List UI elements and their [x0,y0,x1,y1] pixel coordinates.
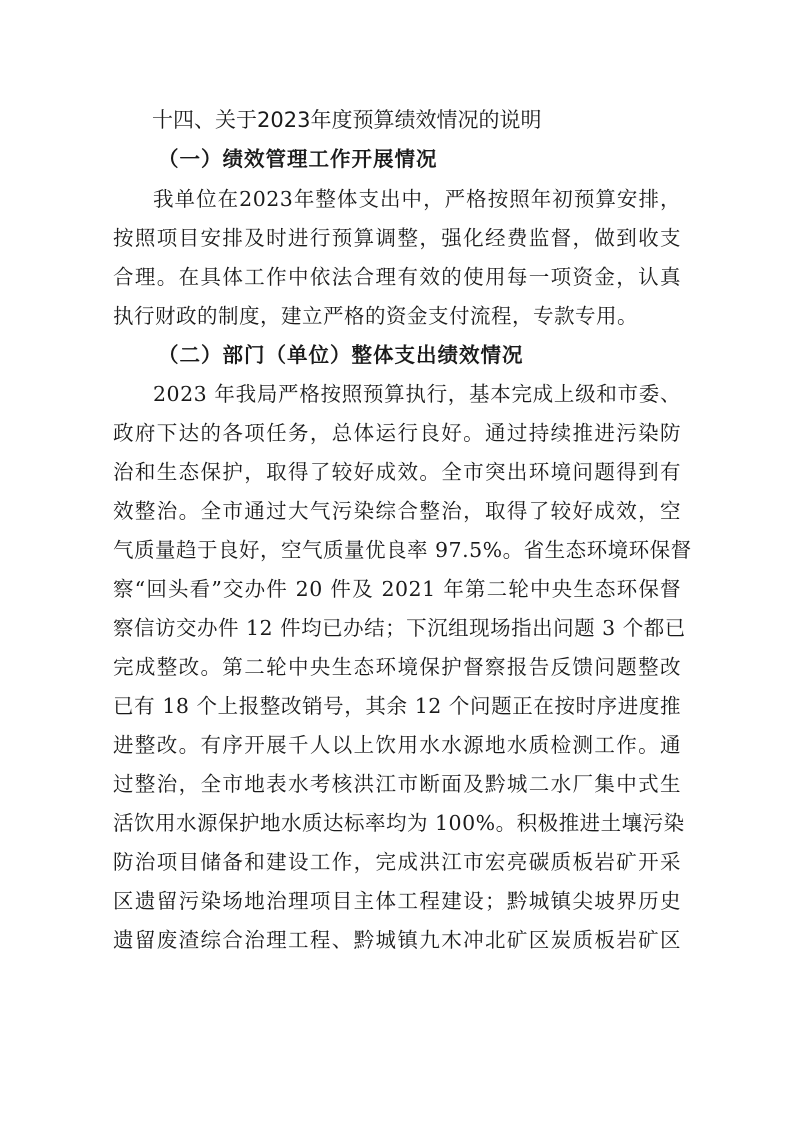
paragraph-line: 完成整改。第二轮中央生态环境保护督察报告反馈问题整改 [113,653,681,681]
paragraph-line: 已有 18 个上报整改销号，其余 12 个问题正在按时序进度推 [113,692,681,720]
paragraph-line: 防治项目储备和建设工作，完成洪江市宏亮碳质板岩矿开采 [113,848,681,876]
paragraph-line: 政府下达的各项任务，总体运行良好。通过持续推进污染防 [113,419,681,447]
paragraph-line: 合理。在具体工作中依法合理有效的使用每一项资金，认真 [113,263,681,291]
subsection-heading-2: （二）部门（单位）整体支出绩效情况 [158,341,524,369]
paragraph-line: 进整改。有序开展千人以上饮用水水源地水质检测工作。通 [113,731,681,759]
paragraph-line: 执行财政的制度，建立严格的资金支付流程，专款专用。 [113,302,681,330]
paragraph-line: 过整治，全市地表水考核洪江市断面及黔城二水厂集中式生 [113,770,681,798]
paragraph-line: 2023 年我局严格按照预算执行，基本完成上级和市委、 [153,380,681,408]
paragraph-line: 我单位在2023年整体支出中，严格按照年初预算安排， [153,185,681,213]
paragraph-line: 按照项目安排及时进行预算调整，强化经费监督，做到收支 [113,224,681,252]
paragraph-line: 遗留废渣综合治理工程、黔城镇九木冲北矿区炭质板岩矿区 [113,926,681,954]
paragraph-line: 气质量趋于良好，空气质量优良率 97.5%。省生态环境环保督 [113,536,681,564]
paragraph-line: 效整治。全市通过大气污染综合整治，取得了较好成效，空 [113,497,681,525]
paragraph-line: 活饮用水源保护地水质达标率均为 100%。积极推进土壤污染 [113,809,681,837]
paragraph-line: 治和生态保护，取得了较好成效。全市突出环境问题得到有 [113,458,681,486]
paragraph-line: 察信访交办件 12 件均已办结；下沉组现场指出问题 3 个都已 [113,614,681,642]
paragraph-line: 察“回头看”交办件 20 件及 2021 年第二轮中央生态环保督 [113,575,681,603]
document-page: 十四、关于2023年度预算绩效情况的说明 （一）绩效管理工作开展情况 我单位在2… [0,0,793,1122]
subsection-heading-1: （一）绩效管理工作开展情况 [158,145,438,173]
section-title: 十四、关于2023年度预算绩效情况的说明 [152,106,541,134]
paragraph-line: 区遗留污染场地治理项目主体工程建设；黔城镇尖坡界历史 [113,887,681,915]
